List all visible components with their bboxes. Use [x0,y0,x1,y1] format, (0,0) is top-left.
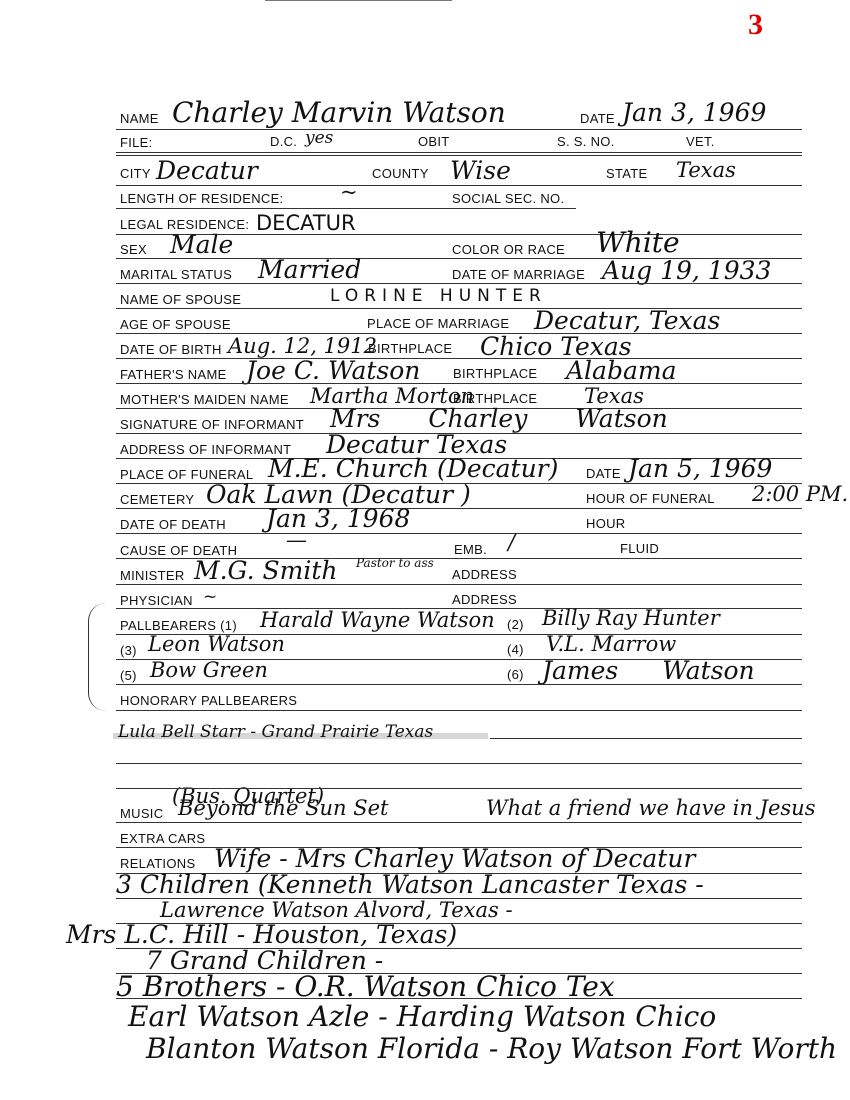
label-date-of-death: DATE OF DEATH [120,517,226,532]
value-state: Texas [676,158,736,182]
value-name: Charley Marvin Watson [172,96,506,129]
label-date-of-marriage: DATE OF MARRIAGE [452,267,585,282]
rule [490,738,802,739]
value-date-of-marriage: Aug 19, 1933 [602,256,771,285]
label-dc: D.C. [270,134,297,149]
value-emb: / [508,530,515,554]
value-legal-residence: DECATUR [256,211,356,235]
label-name-of-spouse: NAME OF SPOUSE [120,292,241,307]
label-honorary-pallbearers: HONORARY PALLBEARERS [120,693,297,708]
label-place-of-marriage: PLACE OF MARRIAGE [367,316,509,331]
rule [116,358,802,359]
label-obit: OBIT [418,134,450,149]
value-dc: yes [305,128,333,148]
value-funeral-date: Jan 5, 1969 [628,454,772,483]
label-funeral-date: DATE [586,466,621,481]
label-color-or-race: COLOR OR RACE [452,242,565,257]
value-sex: Male [170,230,233,259]
rule [116,763,802,764]
value-marital-status: Married [258,255,361,284]
value-pallbearer-2: Billy Ray Hunter [542,606,720,630]
value-fathers-name: Joe C. Watson [246,356,420,385]
label-address-of-informant: ADDRESS OF INFORMANT [120,442,291,457]
rule [116,208,576,209]
label-fluid: FLUID [620,541,659,556]
label-social-sec-no: SOCIAL SEC. NO. [452,191,564,206]
value-fathers-birthplace: Alabama [566,356,676,385]
value-relations-line-7: Earl Watson Azle - Harding Watson Chico [128,1000,716,1033]
value-relations-line-1: Wife - Mrs Charley Watson of Decatur [214,844,695,873]
label-emb: EMB. [454,542,487,557]
label-city: CITY [120,166,151,181]
value-physician: ~ [203,587,217,607]
label-date: DATE [580,111,615,126]
label-pallbearer-6: (6) [507,667,524,682]
value-color-or-race: White [596,226,680,259]
rule [116,788,802,789]
rule [116,283,802,284]
label-vet: VET. [686,134,715,149]
value-place-of-funeral: M.E. Church (Decatur) [268,454,558,483]
value-honorary-pallbearers: Lula Bell Starr - Grand Prairie Texas [118,722,433,742]
value-relations-line-2: 3 Children (Kenneth Watson Lancaster Tex… [116,870,704,899]
label-relations: RELATIONS [120,856,195,871]
label-fathers-birthplace: BIRTHPLACE [453,366,537,381]
label-music: MUSIC [120,806,163,821]
value-date: Jan 3, 1969 [622,98,766,127]
value-minister-note: Pastor to ass [356,556,434,570]
label-ss-no: S. S. NO. [557,134,615,149]
label-sex: SEX [120,242,147,257]
rule [116,508,802,509]
value-music-2: What a friend we have in Jesus [486,796,815,820]
rule [116,129,802,130]
label-date-of-birth: DATE OF BIRTH [120,342,222,357]
label-age-of-spouse: AGE OF SPOUSE [120,317,231,332]
value-pallbearer-3: Leon Watson [148,632,285,656]
label-mothers-maiden-name: MOTHER'S MAIDEN NAME [120,392,289,407]
rule [116,333,802,334]
value-pallbearer-4: V.L. Marrow [546,632,676,656]
pallbearers-brace [88,603,109,711]
value-name-of-spouse: LORINE HUNTER [330,286,547,306]
label-length-of-residence: LENGTH OF RESIDENCE: [120,191,283,206]
value-relations-line-3: Lawrence Watson Alvord, Texas - [160,898,513,922]
label-county: COUNTY [372,166,429,181]
label-minister: MINISTER [120,568,185,583]
rule [116,710,802,711]
value-music-1: Beyond the Sun Set [178,796,388,820]
rule [116,998,802,999]
label-signature-of-informant: SIGNATURE OF INFORMANT [120,417,304,432]
rule [116,822,802,823]
label-minister-address: ADDRESS [452,567,517,582]
label-hour-of-funeral: HOUR OF FUNERAL [586,491,715,506]
rule [116,152,802,153]
value-place-of-marriage: Decatur, Texas [534,306,720,335]
value-relations-line-4: Mrs L.C. Hill - Houston, Texas) [66,920,457,949]
label-cemetery: CEMETERY [120,492,194,507]
label-pallbearer-3: (3) [120,643,137,658]
label-pallbearer-2: (2) [507,617,524,632]
rule [116,185,802,186]
value-pallbearer-6: James Watson [542,656,755,685]
value-county: Wise [450,156,511,185]
value-date-of-birth: Aug. 12, 1912 [228,334,377,358]
value-relations-line-8: Blanton Watson Florida - Roy Watson Fort… [146,1032,837,1065]
funeral-record-form: NAME Charley Marvin Watson DATE Jan 3, 1… [0,0,850,1100]
label-state: STATE [606,166,647,181]
label-name: NAME [120,111,159,126]
rule [116,684,802,685]
value-minister: M.G. Smith [194,556,338,585]
label-physician-address: ADDRESS [452,592,517,607]
value-city: Decatur [156,156,258,185]
value-pallbearer-1: Harald Wayne Watson [260,608,495,632]
value-hour-of-funeral: 2:00 PM. [752,482,848,506]
label-extra-cars: EXTRA CARS [120,831,205,846]
label-pallbearer-4: (4) [507,642,524,657]
rule [116,584,802,585]
label-physician: PHYSICIAN [120,593,193,608]
label-pallbearers: PALLBEARERS (1) [120,618,237,633]
label-marital-status: MARITAL STATUS [120,267,232,282]
label-birthplace: BIRTHPLACE [368,341,452,356]
value-length-of-residence: ~ [340,180,358,204]
label-hour: HOUR [586,516,625,531]
value-cause-of-death: — [286,528,307,552]
rule [116,533,802,534]
label-pallbearer-5: (5) [120,668,137,683]
label-file: FILE: [120,135,153,150]
value-signature-of-informant: Mrs Charley Watson [330,404,668,433]
value-pallbearer-5: Bow Green [150,658,268,682]
label-fathers-name: FATHER'S NAME [120,367,227,382]
